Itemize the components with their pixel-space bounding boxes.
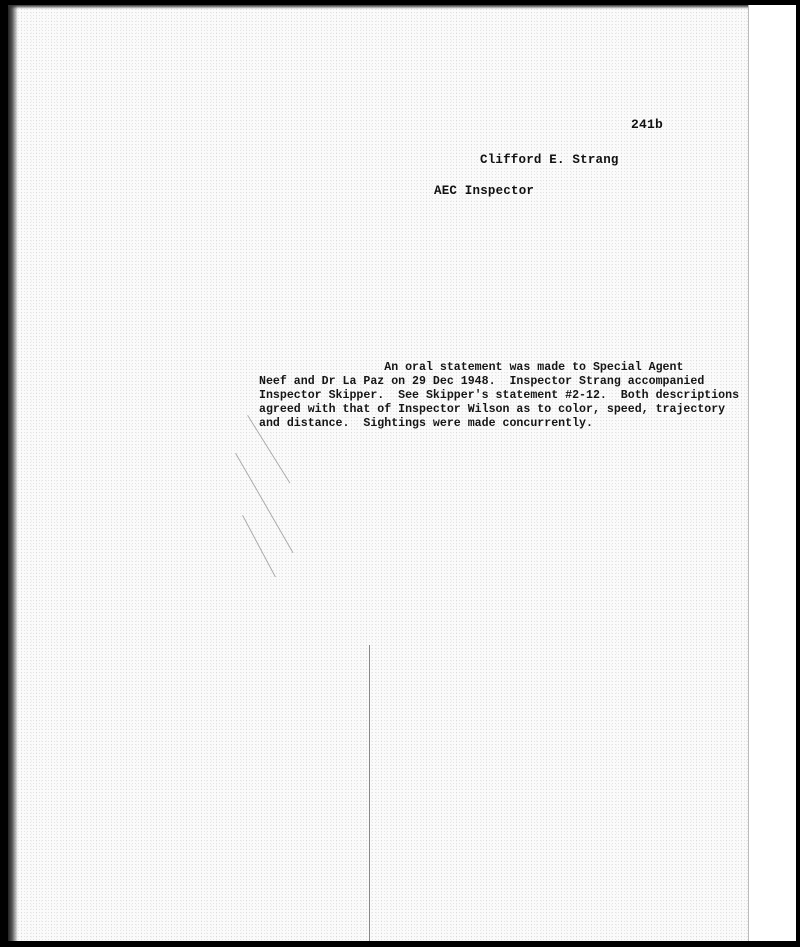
statement-line: Inspector Skipper. See Skipper's stateme… — [259, 389, 739, 403]
statement-line: agreed with that of Inspector Wilson as … — [259, 403, 739, 417]
statement-line: and distance. Sightings were made concur… — [259, 417, 739, 431]
scanned-document: 241b Clifford E. Strang AEC Inspector An… — [0, 0, 800, 947]
fold-line — [369, 645, 370, 941]
statement-line: Neef and Dr La Paz on 29 Dec 1948. Inspe… — [259, 375, 739, 389]
person-name: Clifford E. Strang — [480, 153, 619, 167]
scratch-mark — [235, 453, 293, 553]
document-page: 241b Clifford E. Strang AEC Inspector An… — [8, 5, 796, 941]
statement-line: An oral statement was made to Special Ag… — [259, 361, 739, 375]
scan-top-edge — [8, 5, 796, 9]
scratch-mark — [242, 515, 276, 577]
scan-right-margin-strip — [748, 5, 796, 941]
page-number: 241b — [631, 117, 663, 132]
statement-paragraph: An oral statement was made to Special Ag… — [259, 361, 739, 431]
scan-left-edge — [8, 5, 18, 941]
person-title: AEC Inspector — [434, 184, 534, 198]
